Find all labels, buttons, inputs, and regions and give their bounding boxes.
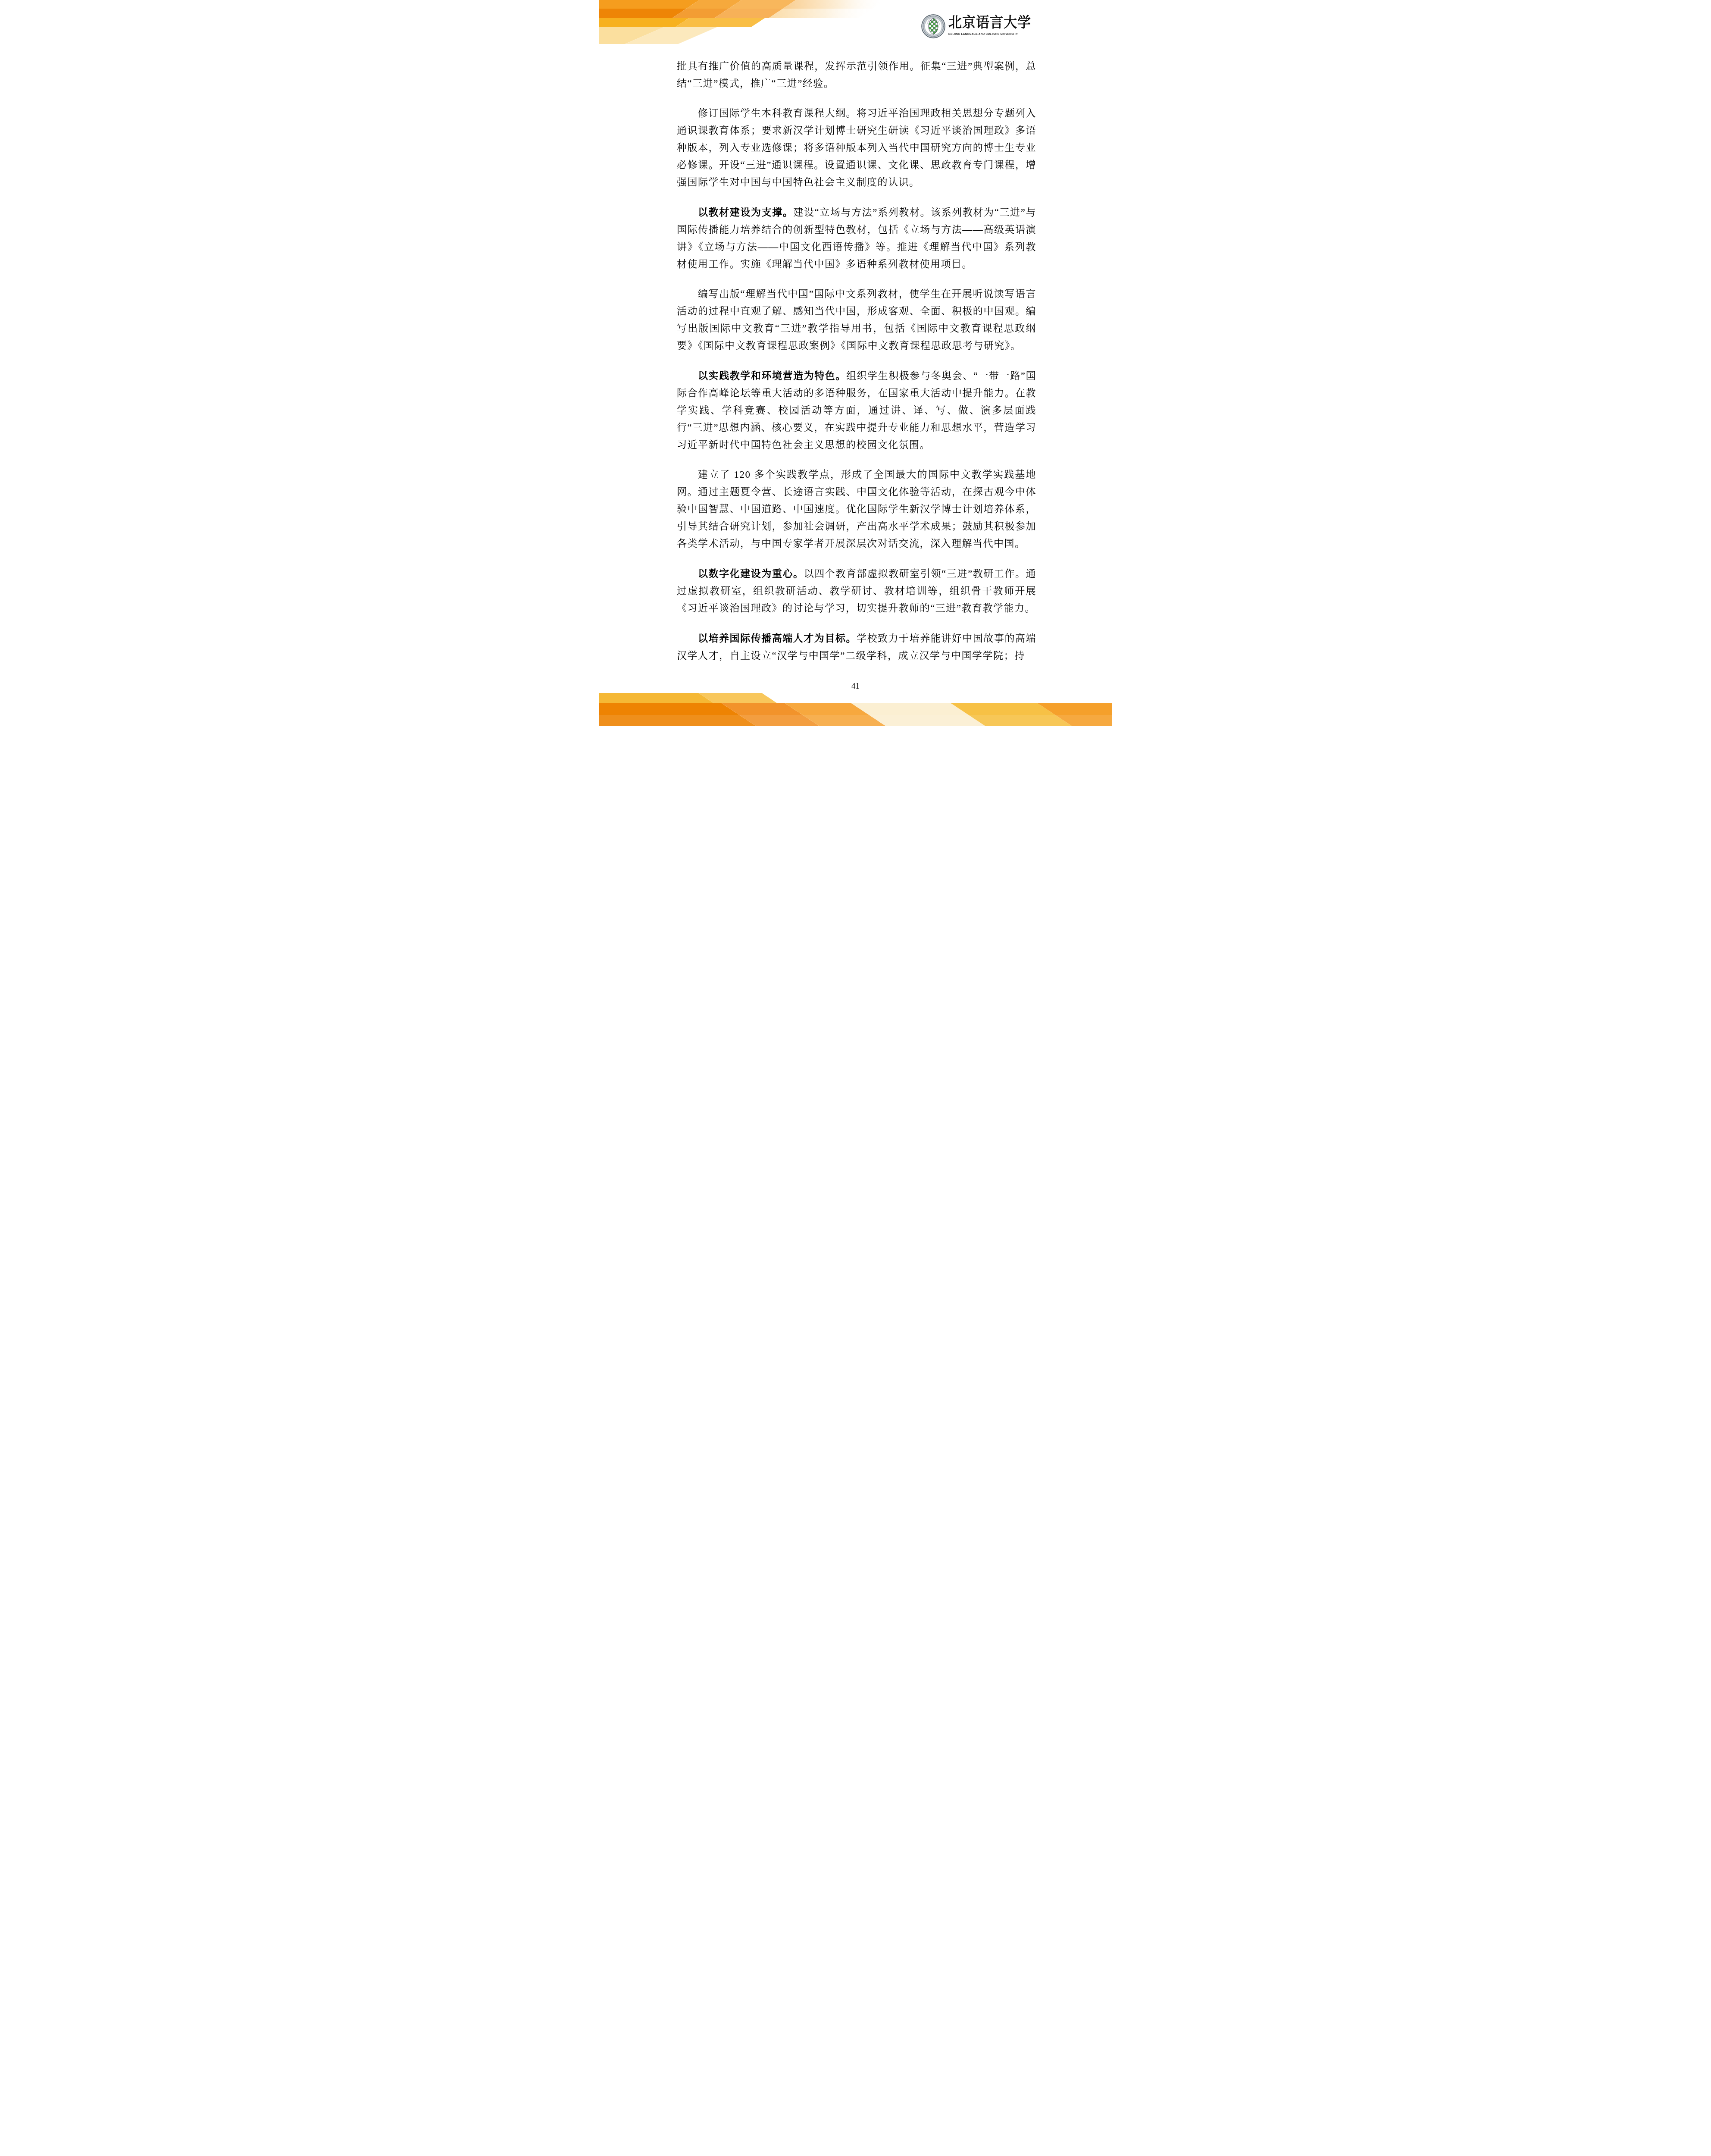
paragraph-lead: 以数字化建设为重心。 bbox=[698, 568, 804, 579]
paragraph-text: 建立了 120 多个实践教学点，形成了全国最大的国际中文教学实践基地网。通过主题… bbox=[677, 469, 1036, 549]
paragraph: 批具有推广价值的高质量课程，发挥示范引领作用。征集“三进”典型案例，总结“三进”… bbox=[677, 58, 1036, 92]
paragraph: 以数字化建设为重心。以四个教育部虚拟教研室引领“三进”教研工作。通过虚拟教研室，… bbox=[677, 565, 1036, 617]
paragraph: 修订国际学生本科教育课程大纲。将习近平治国理政相关思想分专题列入通识课教育体系；… bbox=[677, 105, 1036, 191]
page-body: 批具有推广价值的高质量课程，发挥示范引领作用。征集“三进”典型案例，总结“三进”… bbox=[677, 58, 1036, 677]
university-name-zh: 北京语言大学 bbox=[948, 14, 1031, 32]
paragraph-text: 组织学生积极参与冬奥会、“一带一路”国际合作高峰论坛等重大活动的多语种服务，在国… bbox=[677, 370, 1036, 450]
paragraph: 编写出版“理解当代中国”国际中文系列教材，使学生在开展听说读写语言活动的过程中直… bbox=[677, 285, 1036, 354]
paragraph-lead: 以实践教学和环境营造为特色。 bbox=[698, 370, 846, 381]
paragraph: 以培养国际传播高端人才为目标。学校致力于培养能讲好中国故事的高端汉学人才，自主设… bbox=[677, 630, 1036, 664]
page-number: 41 bbox=[599, 682, 1112, 691]
paragraph-text: 批具有推广价值的高质量课程，发挥示范引领作用。征集“三进”典型案例，总结“三进”… bbox=[677, 61, 1036, 89]
paragraph-lead: 以教材建设为支撑。 bbox=[698, 207, 793, 218]
paragraph-text: 编写出版“理解当代中国”国际中文系列教材，使学生在开展听说读写语言活动的过程中直… bbox=[677, 288, 1036, 351]
university-brand: 北京语言大学 BEIJING LANGUAGE AND CULTURE UNIV… bbox=[921, 14, 1031, 38]
header-decoration-stripes bbox=[599, 0, 901, 44]
university-name: 北京语言大学 BEIJING LANGUAGE AND CULTURE UNIV… bbox=[948, 14, 1031, 36]
paragraph: 以实践教学和环境营造为特色。组织学生积极参与冬奥会、“一带一路”国际合作高峰论坛… bbox=[677, 367, 1036, 454]
paragraph-lead: 以培养国际传播高端人才为目标。 bbox=[698, 633, 857, 644]
paragraph: 以教材建设为支撑。建设“立场与方法”系列教材。该系列教材为“三进”与国际传播能力… bbox=[677, 204, 1036, 273]
university-seal-logo bbox=[921, 14, 945, 38]
university-name-en: BEIJING LANGUAGE AND CULTURE UNIVERSITY bbox=[948, 33, 1031, 36]
document-page: 北京语言大学 BEIJING LANGUAGE AND CULTURE UNIV… bbox=[599, 0, 1112, 726]
paragraph: 建立了 120 多个实践教学点，形成了全国最大的国际中文教学实践基地网。通过主题… bbox=[677, 466, 1036, 552]
footer-decoration-stripes bbox=[599, 692, 1112, 726]
paragraph-text: 修订国际学生本科教育课程大纲。将习近平治国理政相关思想分专题列入通识课教育体系；… bbox=[677, 108, 1036, 188]
